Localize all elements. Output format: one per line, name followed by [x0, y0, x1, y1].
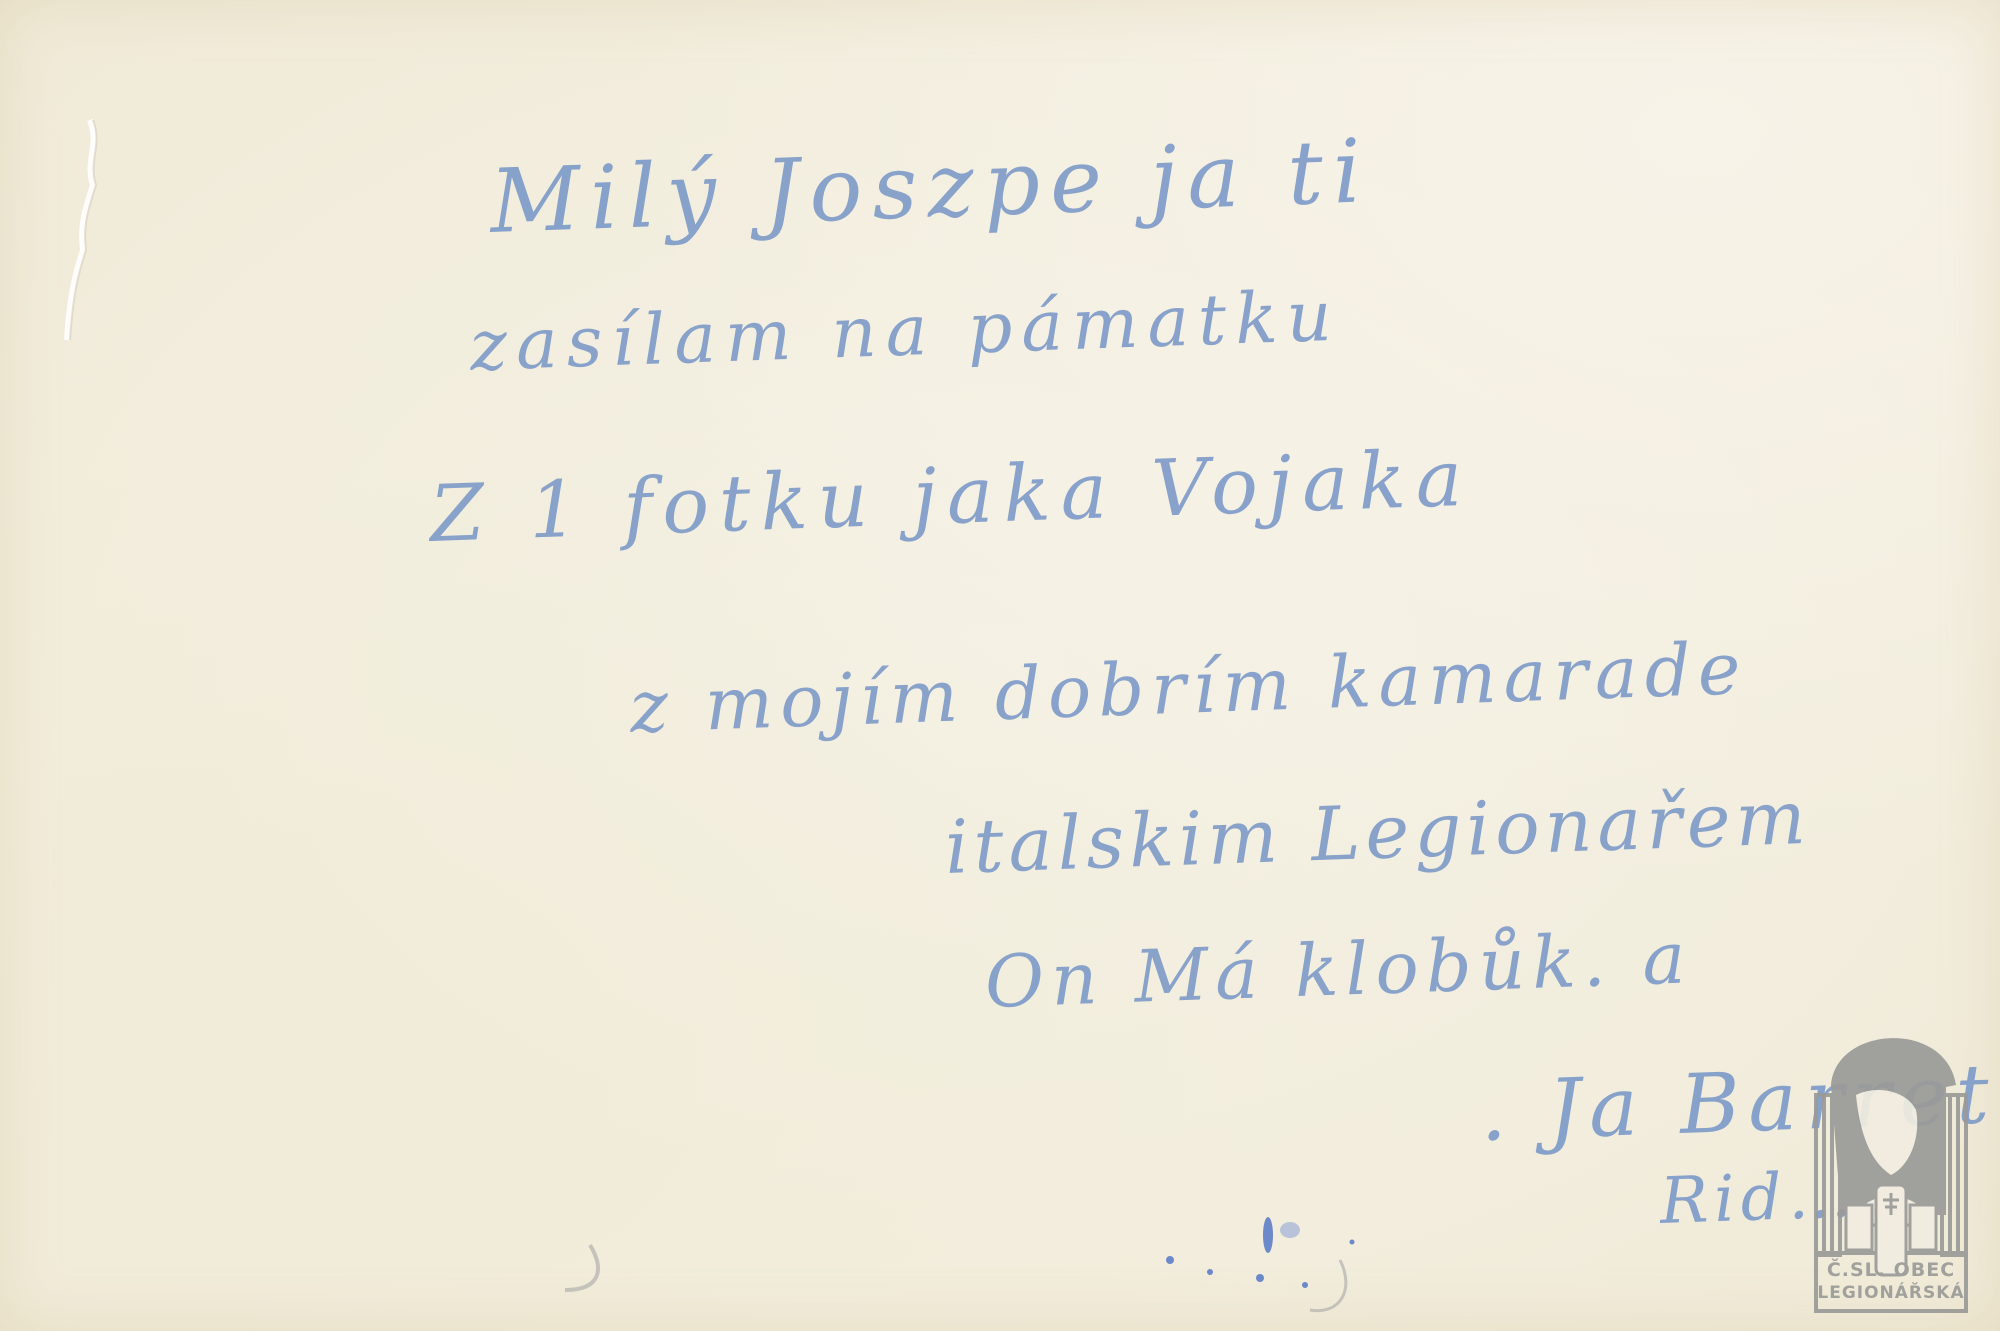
handwriting-line-5: italskim Legionařem — [943, 775, 1811, 891]
ink-stains — [560, 1190, 1380, 1331]
handwriting-line-6: On Má klobůk. a — [984, 915, 1694, 1024]
handwriting-line-2: zasílam na pámatku — [469, 275, 1342, 387]
postcard-back: Milý Joszpe ja ti zasílam na pámatku Z 1… — [0, 0, 2000, 1331]
watermark-line-2: LEGIONÁŘSKÁ — [1796, 1283, 1986, 1303]
watermark-line-1: Č.SL. OBEC — [1796, 1259, 1986, 1281]
legion-watermark-logo: Č.SL. OBEC LEGIONÁŘSKÁ — [1796, 1015, 1986, 1315]
paper-crease — [55, 115, 115, 345]
handwriting-line-3: Z 1 fotku jaka Vojaka — [428, 434, 1473, 560]
handwriting-line-1: Milý Joszpe ja ti — [488, 119, 1373, 253]
handwriting-line-4: z mojím dobrím kamarade — [629, 626, 1749, 749]
